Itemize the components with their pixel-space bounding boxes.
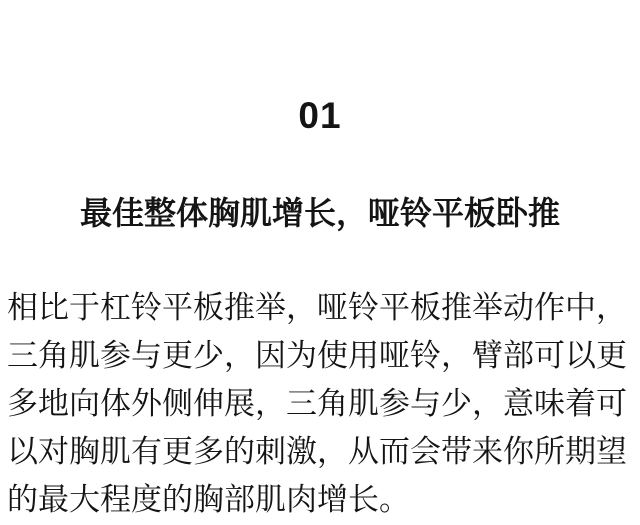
article-body: 相比于杠铃平板推举，哑铃平板推举动作中， 三角肌参与更少，因为使用哑铃，臂部可以…	[7, 284, 631, 524]
section-number: 01	[0, 0, 640, 134]
article-heading: 最佳整体胸肌增长，哑铃平板卧推	[0, 195, 640, 231]
article-page: 01 最佳整体胸肌增长，哑铃平板卧推 相比于杠铃平板推举，哑铃平板推举动作中， …	[0, 0, 640, 525]
